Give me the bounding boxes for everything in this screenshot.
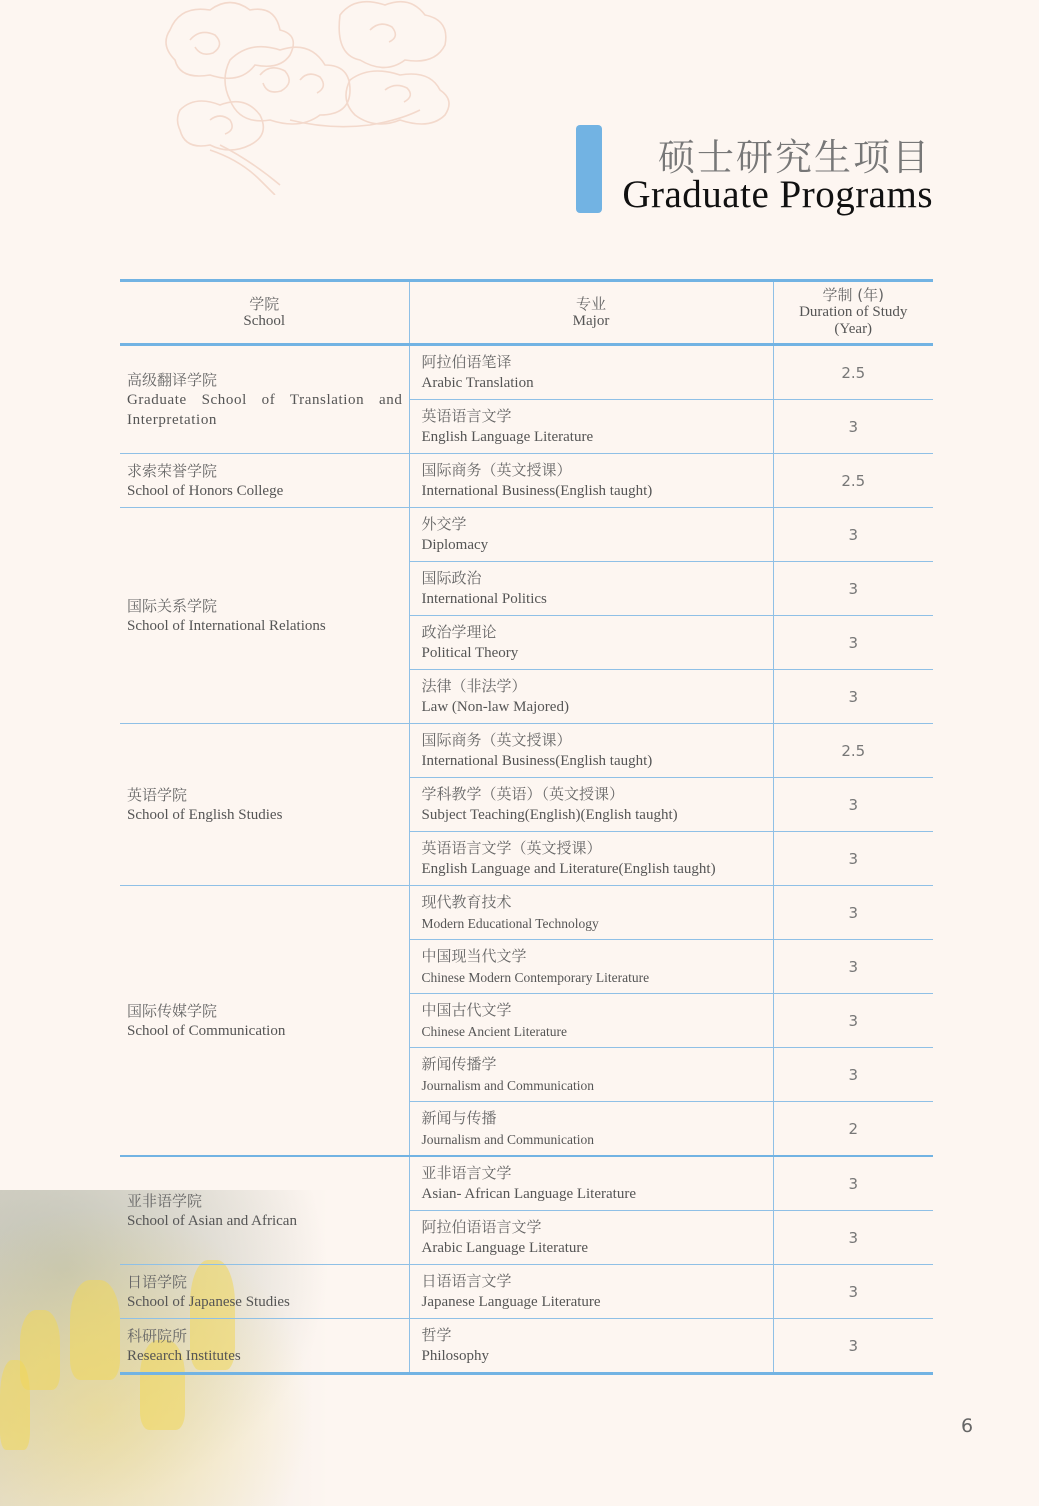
school-cell: 国际传媒学院 School of Communication [120,886,409,1157]
major-cell: 中国古代文学 Chinese Ancient Literature [409,994,773,1048]
major-cell: 阿拉伯语语言文学 Arabic Language Literature [409,1211,773,1265]
table-row: 求索荣誉学院 School of Honors College 国际商务（英文授… [120,454,933,508]
duration-cell: 3 [773,1265,933,1319]
major-cell: 新闻传播学 Journalism and Communication [409,1048,773,1102]
duration-cell: 3 [773,400,933,454]
major-cell: 中国现当代文学 Chinese Modern Contemporary Lite… [409,940,773,994]
major-cell: 现代教育技术 Modern Educational Technology [409,886,773,940]
duration-cell: 3 [773,508,933,562]
duration-cell: 3 [773,940,933,994]
major-cell: 国际政治 International Politics [409,562,773,616]
column-header-major: 专业 Major [409,281,773,345]
duration-cell: 3 [773,1319,933,1374]
major-cell: 英语语言文学（英文授课） English Language and Litera… [409,832,773,886]
page-title-en: Graduate Programs [622,172,933,217]
duration-cell: 3 [773,1156,933,1211]
major-cell: 政治学理论 Political Theory [409,616,773,670]
major-cell: 哲学 Philosophy [409,1319,773,1374]
table-row: 国际关系学院 School of International Relations… [120,508,933,562]
major-cell: 外交学 Diplomacy [409,508,773,562]
major-cell: 国际商务（英文授课） International Business(Englis… [409,724,773,778]
duration-cell: 2.5 [773,454,933,508]
major-cell: 学科教学（英语）（英文授课） Subject Teaching(English)… [409,778,773,832]
duration-cell: 3 [773,886,933,940]
table-row: 国际传媒学院 School of Communication 现代教育技术 Mo… [120,886,933,940]
duration-cell: 2.5 [773,345,933,400]
duration-cell: 2 [773,1102,933,1157]
major-cell: 日语语言文学 Japanese Language Literature [409,1265,773,1319]
cloud-ornament-icon [150,0,530,195]
duration-cell: 3 [773,1211,933,1265]
duration-cell: 3 [773,994,933,1048]
major-cell: 亚非语言文学 Asian- African Language Literatur… [409,1156,773,1211]
table-row: 英语学院 School of English Studies 国际商务（英文授课… [120,724,933,778]
school-cell: 求索荣誉学院 School of Honors College [120,454,409,508]
table-row: 亚非语学院 School of Asian and African 亚非语言文学… [120,1156,933,1211]
major-cell: 国际商务（英文授课） International Business(Englis… [409,454,773,508]
table-row: 科研院所 Research Institutes 哲学 Philosophy 3 [120,1319,933,1374]
duration-cell: 3 [773,562,933,616]
column-header-school: 学院 School [120,281,409,345]
duration-cell: 3 [773,670,933,724]
duration-cell: 2.5 [773,724,933,778]
school-cell: 国际关系学院 School of International Relations [120,508,409,724]
duration-cell: 3 [773,832,933,886]
graduate-programs-table: 学院 School 专业 Major 学制 (年) Duration of St… [120,279,933,1375]
page-number: 6 [961,1415,973,1437]
column-header-duration: 学制 (年) Duration of Study (Year) [773,281,933,345]
major-cell: 阿拉伯语笔译 Arabic Translation [409,345,773,400]
school-cell: 科研院所 Research Institutes [120,1319,409,1374]
duration-cell: 3 [773,778,933,832]
duration-cell: 3 [773,1048,933,1102]
table-row: 日语学院 School of Japanese Studies 日语语言文学 J… [120,1265,933,1319]
school-cell: 日语学院 School of Japanese Studies [120,1265,409,1319]
major-cell: 新闻与传播 Journalism and Communication [409,1102,773,1157]
school-cell: 英语学院 School of English Studies [120,724,409,886]
table-row: 高级翻译学院 Graduate School of Translation an… [120,345,933,400]
duration-cell: 3 [773,616,933,670]
school-cell: 高级翻译学院 Graduate School of Translation an… [120,345,409,454]
title-accent-bar [576,125,602,213]
major-cell: 英语语言文学 English Language Literature [409,400,773,454]
table-header-row: 学院 School 专业 Major 学制 (年) Duration of St… [120,281,933,345]
school-cell: 亚非语学院 School of Asian and African [120,1156,409,1265]
major-cell: 法律（非法学） Law (Non-law Majored) [409,670,773,724]
